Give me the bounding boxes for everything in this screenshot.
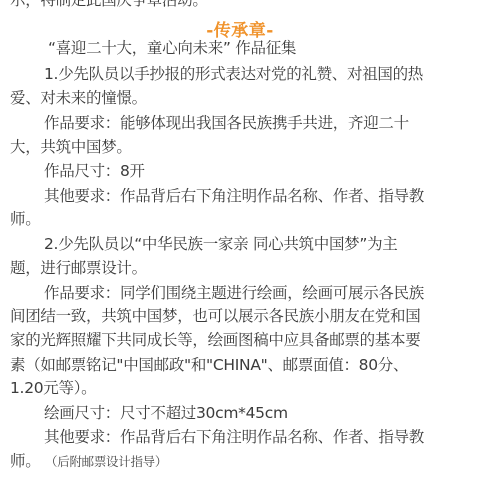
item2-line1: 2.少先队员以“中华民族一家亲 同心共筑中国梦”为主 <box>44 234 397 254</box>
item2-other-line2-text: 师。 <box>10 452 40 470</box>
item2-requirement-line1: 作品要求：同学们围绕主题进行绘画，绘画可展示各民族 <box>44 283 424 303</box>
document-page: 示，特制定此国庆争章活动。 -传承章- “喜迎二十大，童心向未来” 作品征集 1… <box>0 0 480 480</box>
item2-requirement-line5: 1.20元等）。 <box>10 378 96 398</box>
item1-requirement-line1: 作品要求：能够体现出我国各民族携手共进，齐迎二十 <box>44 113 409 133</box>
item2-size: 绘画尺寸：尺寸不超过30cm*45cm <box>44 403 288 423</box>
item1-other-line1: 其他要求：作品背后右下角注明作品名称、作者、指导教 <box>44 186 424 206</box>
item1-other-line2: 师。 <box>10 209 40 229</box>
item2-requirement-line2: 间团结一致，共筑中国梦，也可以展示各民族小朋友在党和国 <box>10 306 420 326</box>
item1-line1: 1.少先队员以手抄报的形式表达对党的礼赞、对祖国的热 <box>44 64 423 84</box>
item1-size: 作品尺寸：8开 <box>44 161 145 181</box>
item2-other-line1: 其他要求：作品背后右下角注明作品名称、作者、指导教 <box>44 427 424 447</box>
item2-requirement-line4: 素（如邮票铭记"中国邮政"和"CHINA"、邮票面值：80分、 <box>10 355 408 375</box>
item1-line2: 爱、对未来的憧憬。 <box>10 88 147 108</box>
cut-off-line: 示，特制定此国庆争章活动。 <box>10 0 208 10</box>
item2-line2: 题，进行邮票设计。 <box>10 258 147 278</box>
subtitle: “喜迎二十大，童心向未来” 作品征集 <box>48 38 296 58</box>
appendix-note: （后附邮票设计指导） <box>45 454 167 469</box>
item2-requirement-line3: 家的光辉照耀下共同成长等，绘画图稿中应具备邮票的基本要 <box>10 330 420 350</box>
item1-requirement-line2: 大，共筑中国梦。 <box>10 137 132 157</box>
item2-other-line2: 师。 （后附邮票设计指导） <box>10 451 167 472</box>
